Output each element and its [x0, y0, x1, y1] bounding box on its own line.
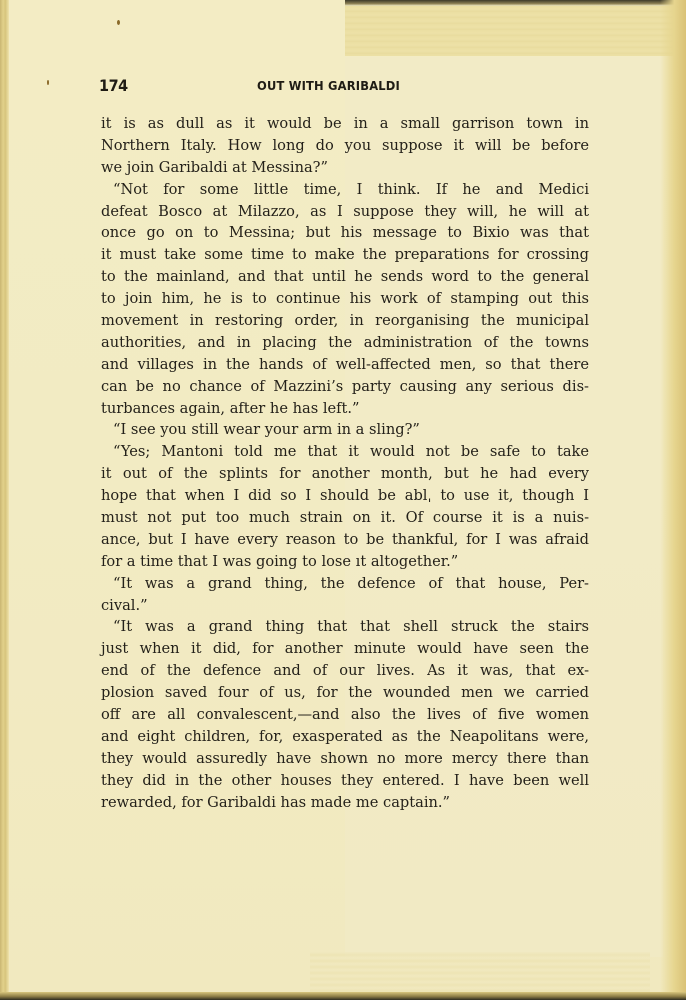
text-line: plosion saved four of us, for the wounde… — [101, 682, 589, 704]
running-title: OUT WITH GARIBALDI — [257, 78, 400, 93]
text-line: they did in the other houses they entere… — [101, 770, 589, 792]
text-line: turbances again, after he has left.” — [101, 398, 589, 420]
text-line: and villages in the hands of well-affect… — [101, 354, 589, 376]
text-line: “It was a grand thing that that shell st… — [101, 616, 589, 638]
page-number: 174 — [99, 76, 128, 95]
text-line: for a time that I was going to lose ıt a… — [101, 551, 589, 573]
text-line: off are all convalescent,—and also the l… — [101, 704, 589, 726]
text-line: authorities, and in placing the administ… — [101, 332, 589, 354]
text-line: “Yes; Mantoni told me that it would not … — [101, 441, 589, 463]
text-line: end of the defence and of our lives. As … — [101, 660, 589, 682]
page-top-band — [345, 6, 686, 56]
text-line: “Not for some little time, I think. If h… — [101, 179, 589, 201]
text-line: just when it did, for another minute wou… — [101, 638, 589, 660]
page-bottom-edge — [0, 992, 686, 1000]
page-bottom-band — [310, 952, 650, 992]
text-line: must not put too much strain on it. Of c… — [101, 507, 589, 529]
text-line: “I see you still wear your arm in a slin… — [101, 419, 589, 441]
body-text: it is as dull as it would be in a small … — [101, 113, 589, 814]
text-line: and eight children, for, exasperated as … — [101, 726, 589, 748]
page-left-edge — [0, 0, 9, 1000]
text-line: to the mainland, and that until he sends… — [101, 266, 589, 288]
paper-speck — [47, 80, 49, 85]
book-page: 174 OUT WITH GARIBALDI it is as dull as … — [0, 0, 686, 1000]
text-line: it is as dull as it would be in a small … — [101, 113, 589, 135]
text-line: it out of the splints for another month,… — [101, 463, 589, 485]
text-line: “It was a grand thing, the defence of th… — [101, 573, 589, 595]
page-right-edge — [660, 0, 686, 1000]
text-line: it must take some time to make the prepa… — [101, 244, 589, 266]
text-line: ance, but I have every reason to be than… — [101, 529, 589, 551]
text-line: defeat Bosco at Milazzo, as I suppose th… — [101, 201, 589, 223]
text-line: to join him, he is to continue his work … — [101, 288, 589, 310]
page-header: 174 OUT WITH GARIBALDI — [99, 76, 599, 100]
text-line: movement in restoring order, in reorgani… — [101, 310, 589, 332]
text-line: once go on to Messina; but his message t… — [101, 222, 589, 244]
text-line: hope that when I did so I should be ablˌ… — [101, 485, 589, 507]
text-line: Northern Italy. How long do you suppose … — [101, 135, 589, 157]
text-line: rewarded, for Garibaldi has made me capt… — [101, 792, 589, 814]
text-line: they would assuredly have shown no more … — [101, 748, 589, 770]
text-line: can be no chance of Mazzini’s party caus… — [101, 376, 589, 398]
paper-speck — [117, 20, 120, 25]
text-line: we join Garibaldi at Messina?” — [101, 157, 589, 179]
text-line: cival.” — [101, 595, 589, 617]
